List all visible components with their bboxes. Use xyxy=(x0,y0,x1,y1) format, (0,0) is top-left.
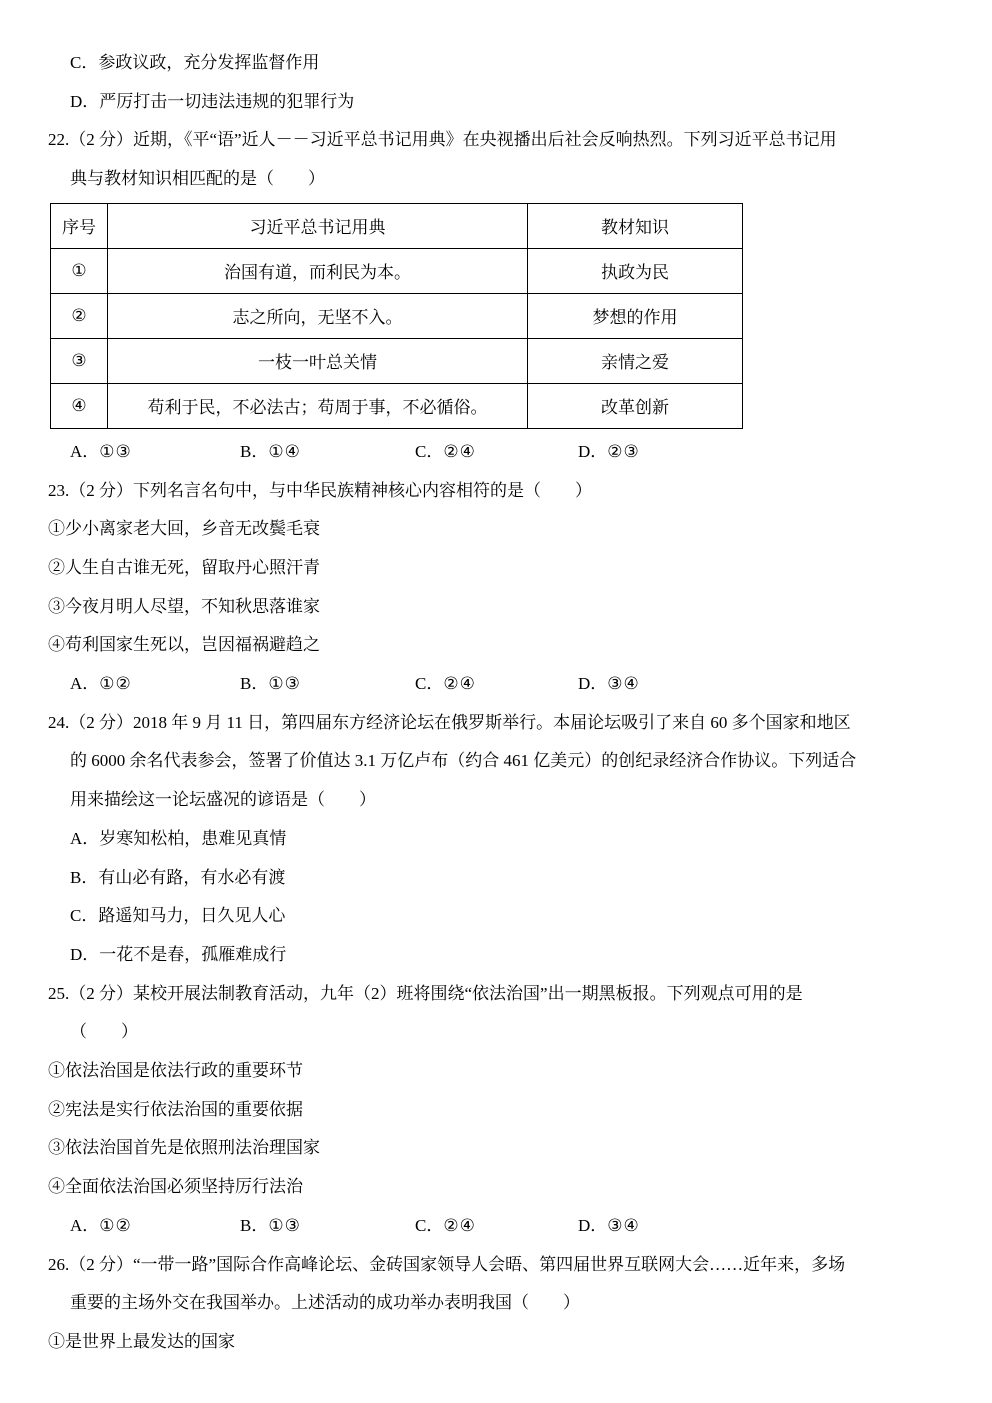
q25-item-1: ①依法治国是依法行政的重要环节 xyxy=(48,1052,956,1091)
option-text: 严厉打击一切违法违规的犯罪行为 xyxy=(99,92,354,111)
q24-option-a: A．岁寒知松柏，患难见真情 xyxy=(48,820,956,859)
q25-item-3: ③依法治国首先是依照刑法治理国家 xyxy=(48,1129,956,1168)
choice-a: A．①② xyxy=(70,1207,240,1246)
choice-c: C．②④ xyxy=(415,1207,578,1246)
q26-stem-line-1: 26.（2 分）“一带一路”国际合作高峰论坛、金砖国家领导人会晤、第四届世界互联… xyxy=(48,1246,956,1285)
choice-b: B．①④ xyxy=(240,433,415,472)
q22-stem-line-2: 典与教材知识相匹配的是（ ） xyxy=(48,160,956,199)
option-text: 参政议政，充分发挥监督作用 xyxy=(98,53,319,72)
table-header-cell: 序号 xyxy=(51,203,108,248)
table-row: ③ 一枝一叶总关情 亲情之爱 xyxy=(51,338,743,383)
choice-d: D．③④ xyxy=(578,1207,640,1246)
q24-stem-line-3: 用来描绘这一论坛盛况的谚语是（ ） xyxy=(48,781,956,820)
table-cell-no: ① xyxy=(51,248,108,293)
q21-option-d: D．严厉打击一切违法违规的犯罪行为 xyxy=(48,83,956,122)
q23-choices-row: A．①②B．①③C．②④D．③④ xyxy=(48,665,956,704)
table-cell-no: ④ xyxy=(51,383,108,428)
q23-item-4: ④苟利国家生死以，岂因福祸避趋之 xyxy=(48,626,956,665)
table-row: ④ 苟利于民，不必法古；苟周于事，不必循俗。 改革创新 xyxy=(51,383,743,428)
q22-choices-row: A．①③B．①④C．②④D．②③ xyxy=(48,433,956,472)
q25-choices-row: A．①②B．①③C．②④D．③④ xyxy=(48,1207,956,1246)
table-header-cell: 教材知识 xyxy=(528,203,743,248)
q21-option-c: C．参政议政，充分发挥监督作用 xyxy=(48,44,956,83)
table-cell-no: ③ xyxy=(51,338,108,383)
table-cell-quote: 志之所向，无坚不入。 xyxy=(108,293,528,338)
q22-stem-line-1: 22.（2 分）近期，《平“语”近人－－习近平总书记用典》在央视播出后社会反响热… xyxy=(48,121,956,160)
q25-stem-line-2: （ ） xyxy=(48,1013,956,1052)
choice-b: B．①③ xyxy=(240,1207,415,1246)
table-cell-quote: 一枝一叶总关情 xyxy=(108,338,528,383)
q23-item-3: ③今夜月明人尽望，不知秋思落谁家 xyxy=(48,588,956,627)
q25-stem-line-1: 25.（2 分）某校开展法制教育活动，九年（2）班将围绕“依法治国”出一期黑板报… xyxy=(48,975,956,1014)
q23-item-2: ②人生自古谁无死，留取丹心照汗青 xyxy=(48,549,956,588)
choice-d: D．②③ xyxy=(578,433,640,472)
q22-match-table: 序号 习近平总书记用典 教材知识 ① 治国有道，而利民为本。 执政为民 ② 志之… xyxy=(50,203,743,429)
q24-option-b: B．有山必有路，有水必有渡 xyxy=(48,859,956,898)
table-row: ① 治国有道，而利民为本。 执政为民 xyxy=(51,248,743,293)
q24-stem-line-1: 24.（2 分）2018 年 9 月 11 日，第四届东方经济论坛在俄罗斯举行。… xyxy=(48,704,956,743)
option-letter: D． xyxy=(70,92,99,111)
table-header-row: 序号 习近平总书记用典 教材知识 xyxy=(51,203,743,248)
table-row: ② 志之所向，无坚不入。 梦想的作用 xyxy=(51,293,743,338)
q23-item-1: ①少小离家老大回，乡音无改鬓毛衰 xyxy=(48,510,956,549)
choice-c: C．②④ xyxy=(415,433,578,472)
q26-stem-line-2: 重要的主场外交在我国举办。上述活动的成功举办表明我国（ ） xyxy=(48,1284,956,1323)
table-cell-knowledge: 亲情之爱 xyxy=(528,338,743,383)
q24-option-c: C．路遥知马力，日久见人心 xyxy=(48,897,956,936)
choice-c: C．②④ xyxy=(415,665,578,704)
q25-item-4: ④全面依法治国必须坚持厉行法治 xyxy=(48,1168,956,1207)
choice-a: A．①② xyxy=(70,665,240,704)
table-cell-quote: 苟利于民，不必法古；苟周于事，不必循俗。 xyxy=(108,383,528,428)
q25-item-2: ②宪法是实行依法治国的重要依据 xyxy=(48,1091,956,1130)
q24-option-d: D．一花不是春，孤雁难成行 xyxy=(48,936,956,975)
table-cell-knowledge: 梦想的作用 xyxy=(528,293,743,338)
q23-stem: 23.（2 分）下列名言名句中，与中华民族精神核心内容相符的是（ ） xyxy=(48,472,956,511)
table-cell-knowledge: 改革创新 xyxy=(528,383,743,428)
q24-stem-line-2: 的 6000 余名代表参会，签署了价值达 3.1 万亿卢布（约合 461 亿美元… xyxy=(48,742,956,781)
table-cell-knowledge: 执政为民 xyxy=(528,248,743,293)
choice-b: B．①③ xyxy=(240,665,415,704)
option-letter: C． xyxy=(70,53,98,72)
table-header-cell: 习近平总书记用典 xyxy=(108,203,528,248)
q26-item-1: ①是世界上最发达的国家 xyxy=(48,1323,956,1362)
exam-document-page: C．参政议政，充分发挥监督作用 D．严厉打击一切违法违规的犯罪行为 22.（2 … xyxy=(0,0,992,1362)
table-cell-no: ② xyxy=(51,293,108,338)
choice-d: D．③④ xyxy=(578,665,640,704)
choice-a: A．①③ xyxy=(70,433,240,472)
table-cell-quote: 治国有道，而利民为本。 xyxy=(108,248,528,293)
